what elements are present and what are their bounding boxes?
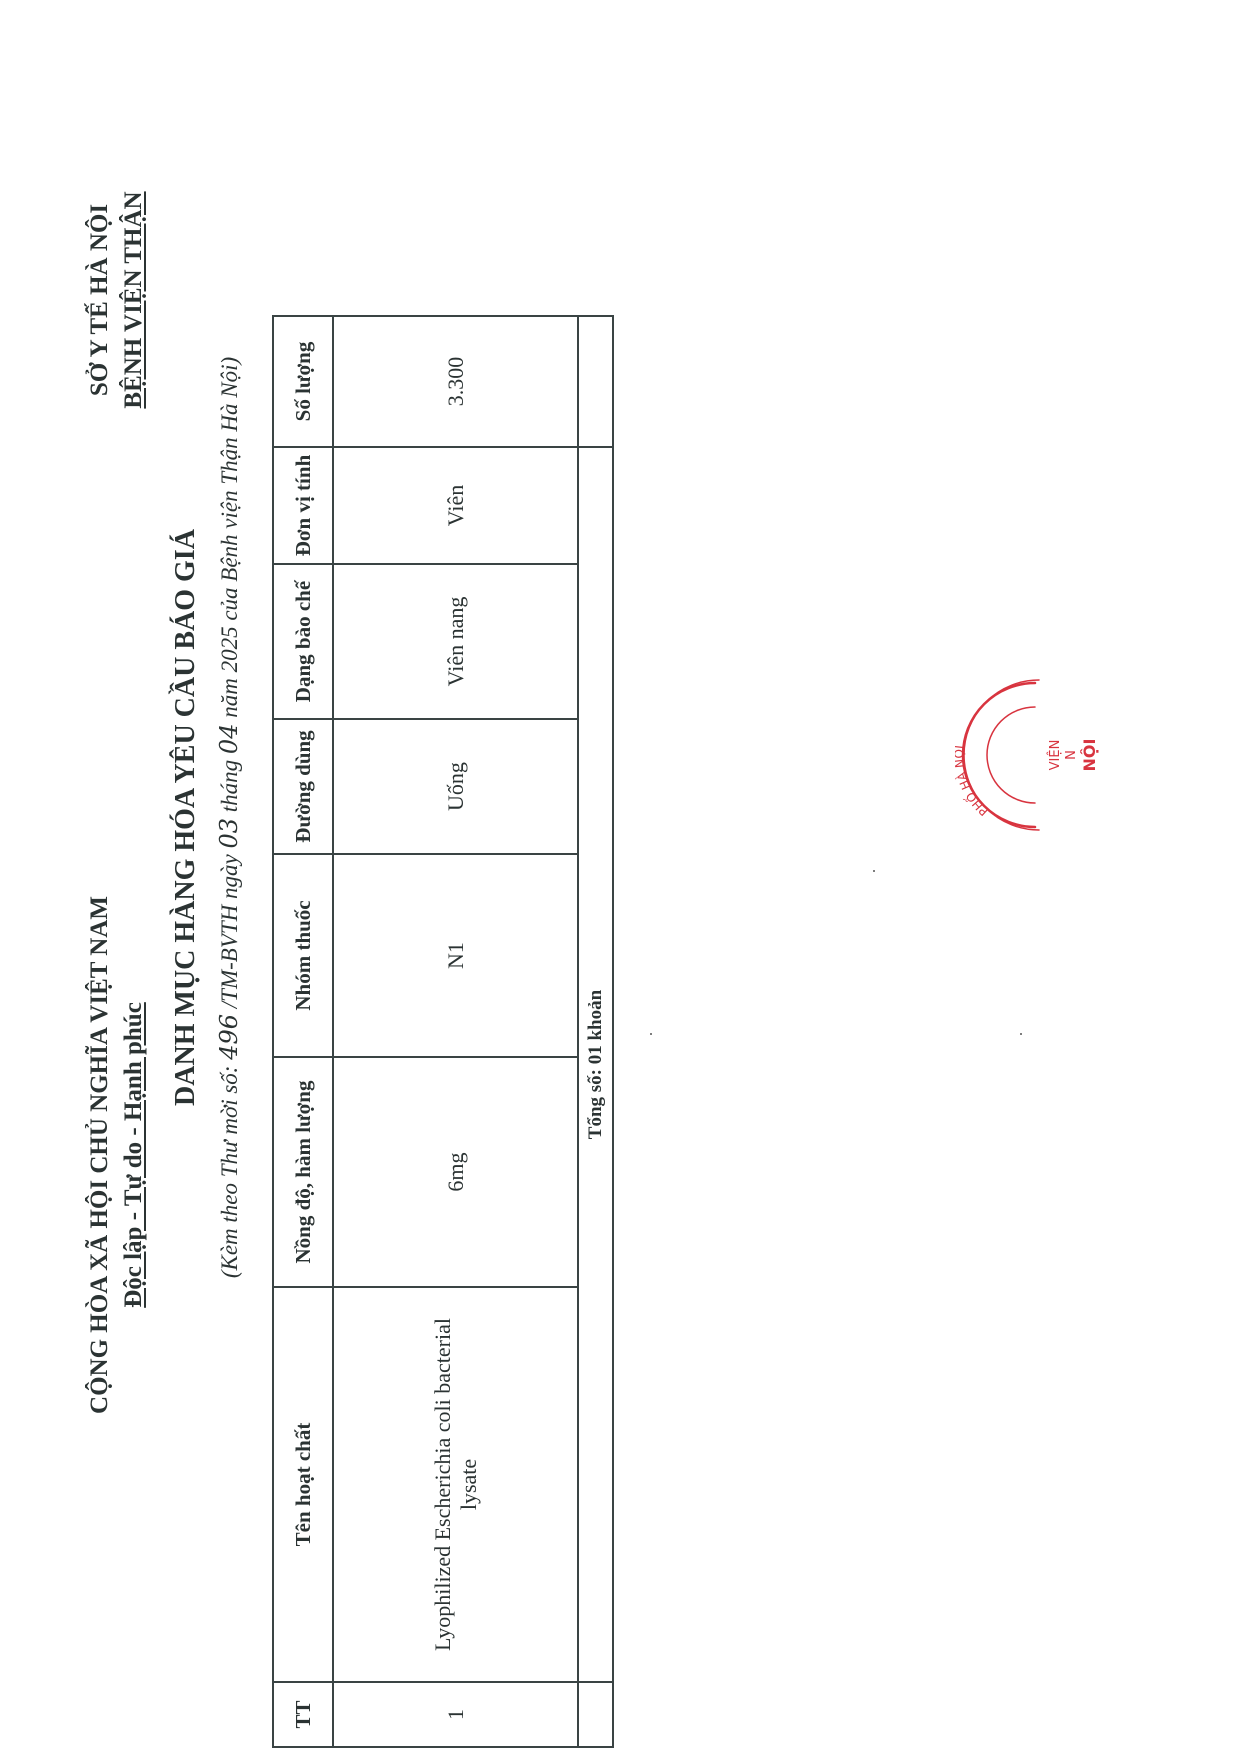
scan-speck	[1020, 1033, 1022, 1035]
seal-inner-text-3: NỘI	[1079, 739, 1099, 772]
cell-active-ingredient: Lyophilized Escherichia coli bacterial l…	[333, 1287, 578, 1682]
col-header-drug-group: Nhóm thuốc	[273, 854, 333, 1057]
handwritten-day: 03	[215, 818, 243, 849]
table-row: 1 Lyophilized Escherichia coli bacterial…	[333, 316, 578, 1747]
official-seal-stamp: VIỆN N NỘI PHỐ HÀ NỘI	[955, 675, 1115, 835]
seal-inner-text-2: N	[1064, 750, 1079, 760]
col-header-tt: TT	[273, 1682, 333, 1747]
issuing-agency-header: SỞ Y TẾ HÀ NỘI BỆNH VIỆN THẬN	[83, 135, 151, 465]
cell-quantity: 3.300	[333, 316, 578, 447]
col-header-dosage-form: Dạng bào chế	[273, 564, 333, 719]
table-header-row: TT Tên hoạt chất Nồng độ, hàm lượng Nhóm…	[273, 316, 333, 1747]
cell-concentration: 6mg	[333, 1057, 578, 1287]
national-motto: Độc lập - Tự do - Hạnh phúc	[117, 755, 151, 1555]
cell-unit: Viên	[333, 447, 578, 564]
cell-route: Uống	[333, 719, 578, 854]
handwritten-doc-number: 496	[215, 1014, 243, 1060]
scan-speck	[650, 1033, 652, 1035]
goods-table: TT Tên hoạt chất Nồng độ, hàm lượng Nhóm…	[272, 315, 614, 1748]
cell-tt: 1	[333, 1682, 578, 1747]
document-title: DANH MỤC HÀNG HÓA YÊU CẦU BÁO GIÁ	[170, 0, 202, 1755]
seal-outer-text: PHỐ HÀ NỘI	[955, 745, 991, 819]
seal-inner-text-1: VIỆN	[1047, 740, 1063, 771]
country-name: CỘNG HÒA XÃ HỘI CHỦ NGHĨA VIỆT NAM	[83, 755, 117, 1555]
col-header-quantity: Số lượng	[273, 316, 333, 447]
scan-speck	[873, 870, 875, 872]
document-page: SỞ Y TẾ HÀ NỘI BỆNH VIỆN THẬN CỘNG HÒA X…	[0, 0, 1241, 1755]
col-header-concentration: Nồng độ, hàm lượng	[273, 1057, 333, 1287]
cell-dosage-form: Viên nang	[333, 564, 578, 719]
cell-total-blank	[578, 1682, 613, 1747]
col-header-active-ingredient: Tên hoạt chất	[273, 1287, 333, 1682]
document-subtitle: (Kèm theo Thư mời số: 496 /TM-BVTH ngày …	[215, 0, 243, 1755]
total-label: Tổng số: 01 khoản	[578, 447, 613, 1682]
table-total-row: Tổng số: 01 khoản	[578, 316, 613, 1747]
cell-drug-group: N1	[333, 854, 578, 1057]
hospital-name: BỆNH VIỆN THẬN	[117, 135, 151, 465]
department-name: SỞ Y TẾ HÀ NỘI	[83, 135, 117, 465]
cell-total-end	[578, 316, 613, 447]
col-header-route: Đường dùng	[273, 719, 333, 854]
handwritten-month: 04	[215, 724, 243, 755]
national-motto-header: CỘNG HÒA XÃ HỘI CHỦ NGHĨA VIỆT NAM Độc l…	[83, 755, 151, 1555]
col-header-unit: Đơn vị tính	[273, 447, 333, 564]
